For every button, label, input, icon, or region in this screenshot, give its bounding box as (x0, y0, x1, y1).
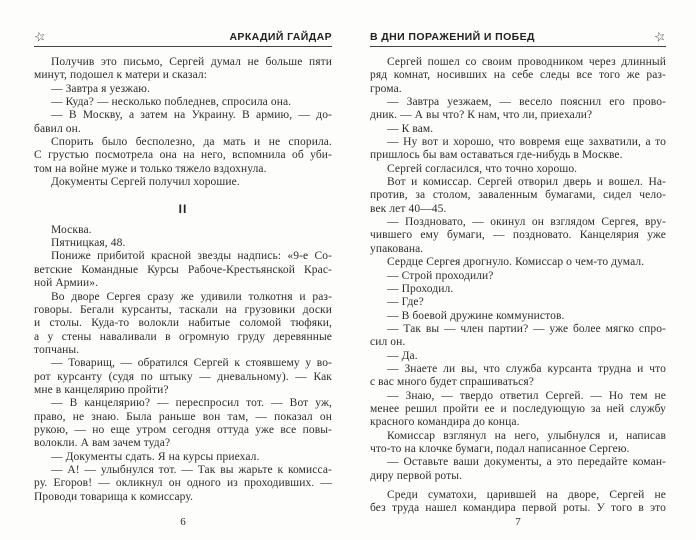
text-line: — Завтра уезжаем, — весело пояснил его п… (370, 96, 666, 109)
right-page: В ДНИ ПОРАЖЕНИЙ И ПОБЕД ☆ Сергей пошел с… (348, 0, 696, 540)
text-line: чившего ему бумаги, — поздновато. Канцел… (370, 229, 666, 242)
text-line: менее решил пройти ее и последующую за н… (370, 403, 666, 416)
text-line: и столы. Куда-то волокли набитые соломой… (34, 317, 332, 330)
running-header-author: АРКАДИЙ ГАЙДАР (229, 31, 332, 43)
text-line: Сердце Сергея дрогнуло. Комиссар о чем-т… (370, 256, 666, 269)
text-line: ветские Командные Курсы Рабоче-Крестьянс… (34, 264, 332, 277)
text-line: — В канцелярию? — переспросил тот. — Вот… (34, 397, 332, 410)
text-line: — Ну вот и хорошо, что вовремя еще захва… (370, 136, 666, 149)
text-line: грома. (370, 83, 666, 96)
text-line: Спорить было бесполезно, да мать и не сп… (34, 136, 332, 149)
text-line: век лет 40—45. (370, 203, 666, 216)
right-page-text: Сергей пошел со своим проводником через … (370, 47, 666, 516)
text-line: упакована. (370, 243, 666, 256)
text-line: Сергей пошел со своим проводником через … (370, 56, 666, 69)
text-line: рукою, — но еще утром сегодня оттуда уже… (34, 424, 332, 437)
text-line: — Оставьте ваши документы, а это передай… (370, 456, 666, 469)
text-line: дник. — А вы что? К нам, что ли, приехал… (370, 109, 666, 122)
text-line: — Документы сдать. Я на курсы приехал. (34, 451, 332, 464)
text-line: — К вам. (370, 123, 666, 136)
text-line: пришлось бы вам оставаться где-нибудь в … (370, 149, 666, 162)
text-line: Проводи товарища к комиссару. (34, 491, 332, 504)
text-line: диру первой роты. (370, 470, 666, 483)
text-line: Документы Сергей получил хорошие. (34, 176, 332, 189)
text-line: Пониже прибитой красной звезды надпись: … (34, 250, 332, 263)
text-line: Пятницкая, 48. (34, 237, 332, 250)
text-line: — Куда? — несколько побледнев, спросила … (34, 96, 332, 109)
left-page-header: ☆ АРКАДИЙ ГАЙДАР (34, 26, 332, 47)
text-line: — Так вы — член партии? — уже более мягк… (370, 323, 666, 336)
left-page: ☆ АРКАДИЙ ГАЙДАР Получив это письмо, Сер… (0, 0, 348, 540)
text-line: что-то на клочке бумаги, подал написанно… (370, 443, 666, 456)
text-line: ряд комнат, носивших на себе следы все т… (370, 69, 666, 82)
text-line: а у стены наваливали в огромную груду де… (34, 331, 332, 344)
text-line: минут, подошел к матери и сказал: (34, 69, 332, 82)
text-line: рот курсанту (судя по штыку — дневальном… (34, 371, 332, 384)
text-line: топчаны. (34, 344, 332, 357)
running-header-title: В ДНИ ПОРАЖЕНИЙ И ПОБЕД (370, 31, 535, 43)
text-line: красного командира до конца. (370, 416, 666, 429)
text-line: ной Армии». (34, 277, 332, 290)
text-line: Комиссар взглянул на него, улыбнулся и, … (370, 430, 666, 443)
text-line: право, не знаю. Была раньше вон там, — п… (34, 411, 332, 424)
text-line: Среди суматохи, царившей на дворе, Серге… (370, 489, 666, 502)
text-line: — Да. (370, 350, 666, 363)
text-line: Москва. (34, 224, 332, 237)
text-line: — В Москву, а затем на Украину. В армию,… (34, 109, 332, 122)
text-line: волокли. А вам зачем туда? (34, 437, 332, 450)
text-line: Вот и комиссар. Сергей отворил дверь и в… (370, 176, 666, 189)
text-line: против, за столом, заваленным бумагами, … (370, 189, 666, 202)
page-number-right: 7 (370, 516, 666, 528)
text-line: — Строй проходили? (370, 270, 666, 283)
text-line: без труда нашел командира первой роты. У… (370, 502, 666, 515)
text-line: мне в канцелярию пройти? (34, 384, 332, 397)
text-line: — Товарищ, — обратился Сергей к стоявшем… (34, 357, 332, 370)
text-line: ру. Егоров! — окликнул он одного из прох… (34, 477, 332, 490)
text-line: С грустью посмотрела она на него, вспомн… (34, 149, 332, 162)
star-icon: ☆ (33, 29, 48, 45)
text-line: с вас много будет спрашиваться? (370, 376, 666, 389)
page-number-left: 6 (34, 516, 332, 528)
right-page-header: В ДНИ ПОРАЖЕНИЙ И ПОБЕД ☆ (370, 26, 666, 47)
text-line: — Знаю, — твердо ответил Сергей. — Но те… (370, 390, 666, 403)
text-line: — Знаете ли вы, что служба курсанта труд… (370, 363, 666, 376)
text-line: бавил он. (34, 123, 332, 136)
star-icon: ☆ (653, 29, 668, 45)
text-line: — Поздновато, — окинул он взглядом Серге… (370, 216, 666, 229)
section-heading: II (34, 203, 332, 216)
text-line: Получив это письмо, Сергей думал не боль… (34, 56, 332, 69)
text-line: Сергей согласился, что точно хорошо. (370, 163, 666, 176)
text-line: — А! — улыбнулся тот. — Так вы жарьте к … (34, 464, 332, 477)
text-line: сил он. (370, 336, 666, 349)
text-line: — В боевой дружине коммунистов. (370, 310, 666, 323)
book-spread: ☆ АРКАДИЙ ГАЙДАР Получив это письмо, Сер… (0, 0, 696, 540)
text-line: говоры. Бегали курсанты, таскали на груз… (34, 304, 332, 317)
text-line: Во дворе Сергея сразу же удивили толкотн… (34, 291, 332, 304)
text-line: том на войне муже и только тяжело вздохн… (34, 163, 332, 176)
text-line: — Где? (370, 296, 666, 309)
left-page-text: Получив это письмо, Сергей думал не боль… (34, 47, 332, 504)
text-line: — Завтра я уезжаю. (34, 83, 332, 96)
text-line: — Проходил. (370, 283, 666, 296)
